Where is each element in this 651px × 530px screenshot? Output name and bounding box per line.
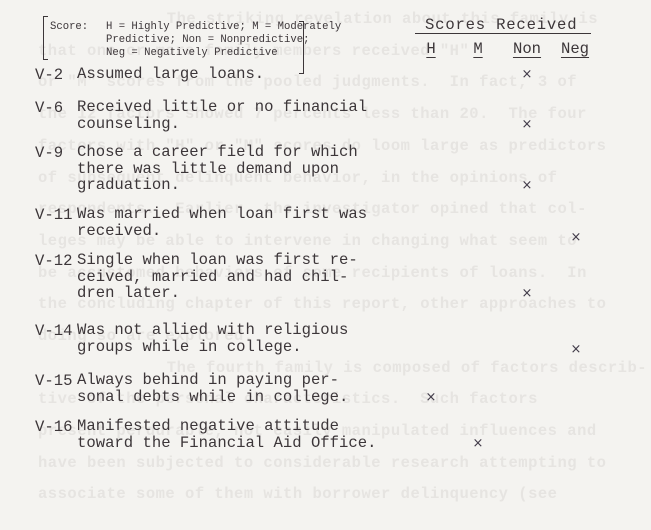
score-mark-h: × xyxy=(426,391,437,404)
factor-code: V-15 xyxy=(35,372,72,390)
factor-description: Received little or no financial counseli… xyxy=(77,99,367,132)
score-mark-neg: × xyxy=(571,343,582,356)
column-header-m: M xyxy=(473,40,482,58)
legend-label: Score: xyxy=(50,21,106,34)
factor-description: Manifested negative attitude toward the … xyxy=(77,418,376,451)
bleed-through-line: associate some of them with borrower del… xyxy=(38,479,557,511)
document-page: The striking revelation about this famil… xyxy=(0,0,651,530)
factor-code: V-16 xyxy=(35,418,72,436)
factor-description: Assumed large loans. xyxy=(77,66,264,83)
factor-code: V-14 xyxy=(35,322,72,340)
factor-description: Single when loan was first re- ceived, m… xyxy=(77,252,358,302)
legend-bracket-left xyxy=(43,16,48,60)
score-mark-neg: × xyxy=(571,231,582,244)
factor-description: Chose a career field for which there was… xyxy=(77,144,358,194)
factor-code: V-2 xyxy=(35,66,63,84)
legend-line-2: Predictive; Non = Nonpredictive; xyxy=(106,34,309,47)
score-mark-non: × xyxy=(522,68,533,81)
legend-line-3: Neg = Negatively Predictive xyxy=(106,47,278,60)
legend-bracket-right xyxy=(299,21,304,74)
column-header-non: Non xyxy=(513,40,541,58)
score-mark-non: × xyxy=(522,287,533,300)
column-header-neg: Neg xyxy=(561,40,589,58)
score-mark-non: × xyxy=(522,179,533,192)
scores-received-heading: Scores Received xyxy=(425,16,577,34)
factor-code: V-6 xyxy=(35,99,63,117)
factor-code: V-12 xyxy=(35,252,72,270)
heading-rule xyxy=(415,33,591,34)
factor-code: V-11 xyxy=(35,206,72,224)
factor-description: Was married when loan first was received… xyxy=(77,206,367,239)
factor-description: Always behind in paying per- sonal debts… xyxy=(77,372,348,405)
legend-line-1: Score:H = Highly Predictive; M = Moderat… xyxy=(50,21,341,34)
score-mark-m: × xyxy=(473,437,484,450)
score-mark-non: × xyxy=(522,118,533,131)
factor-description: Was not allied with religious groups whi… xyxy=(77,322,348,355)
bleed-through-line: have been subjected to considerable rese… xyxy=(38,448,607,480)
factor-code: V-9 xyxy=(35,144,63,162)
column-header-h: H xyxy=(426,40,435,58)
